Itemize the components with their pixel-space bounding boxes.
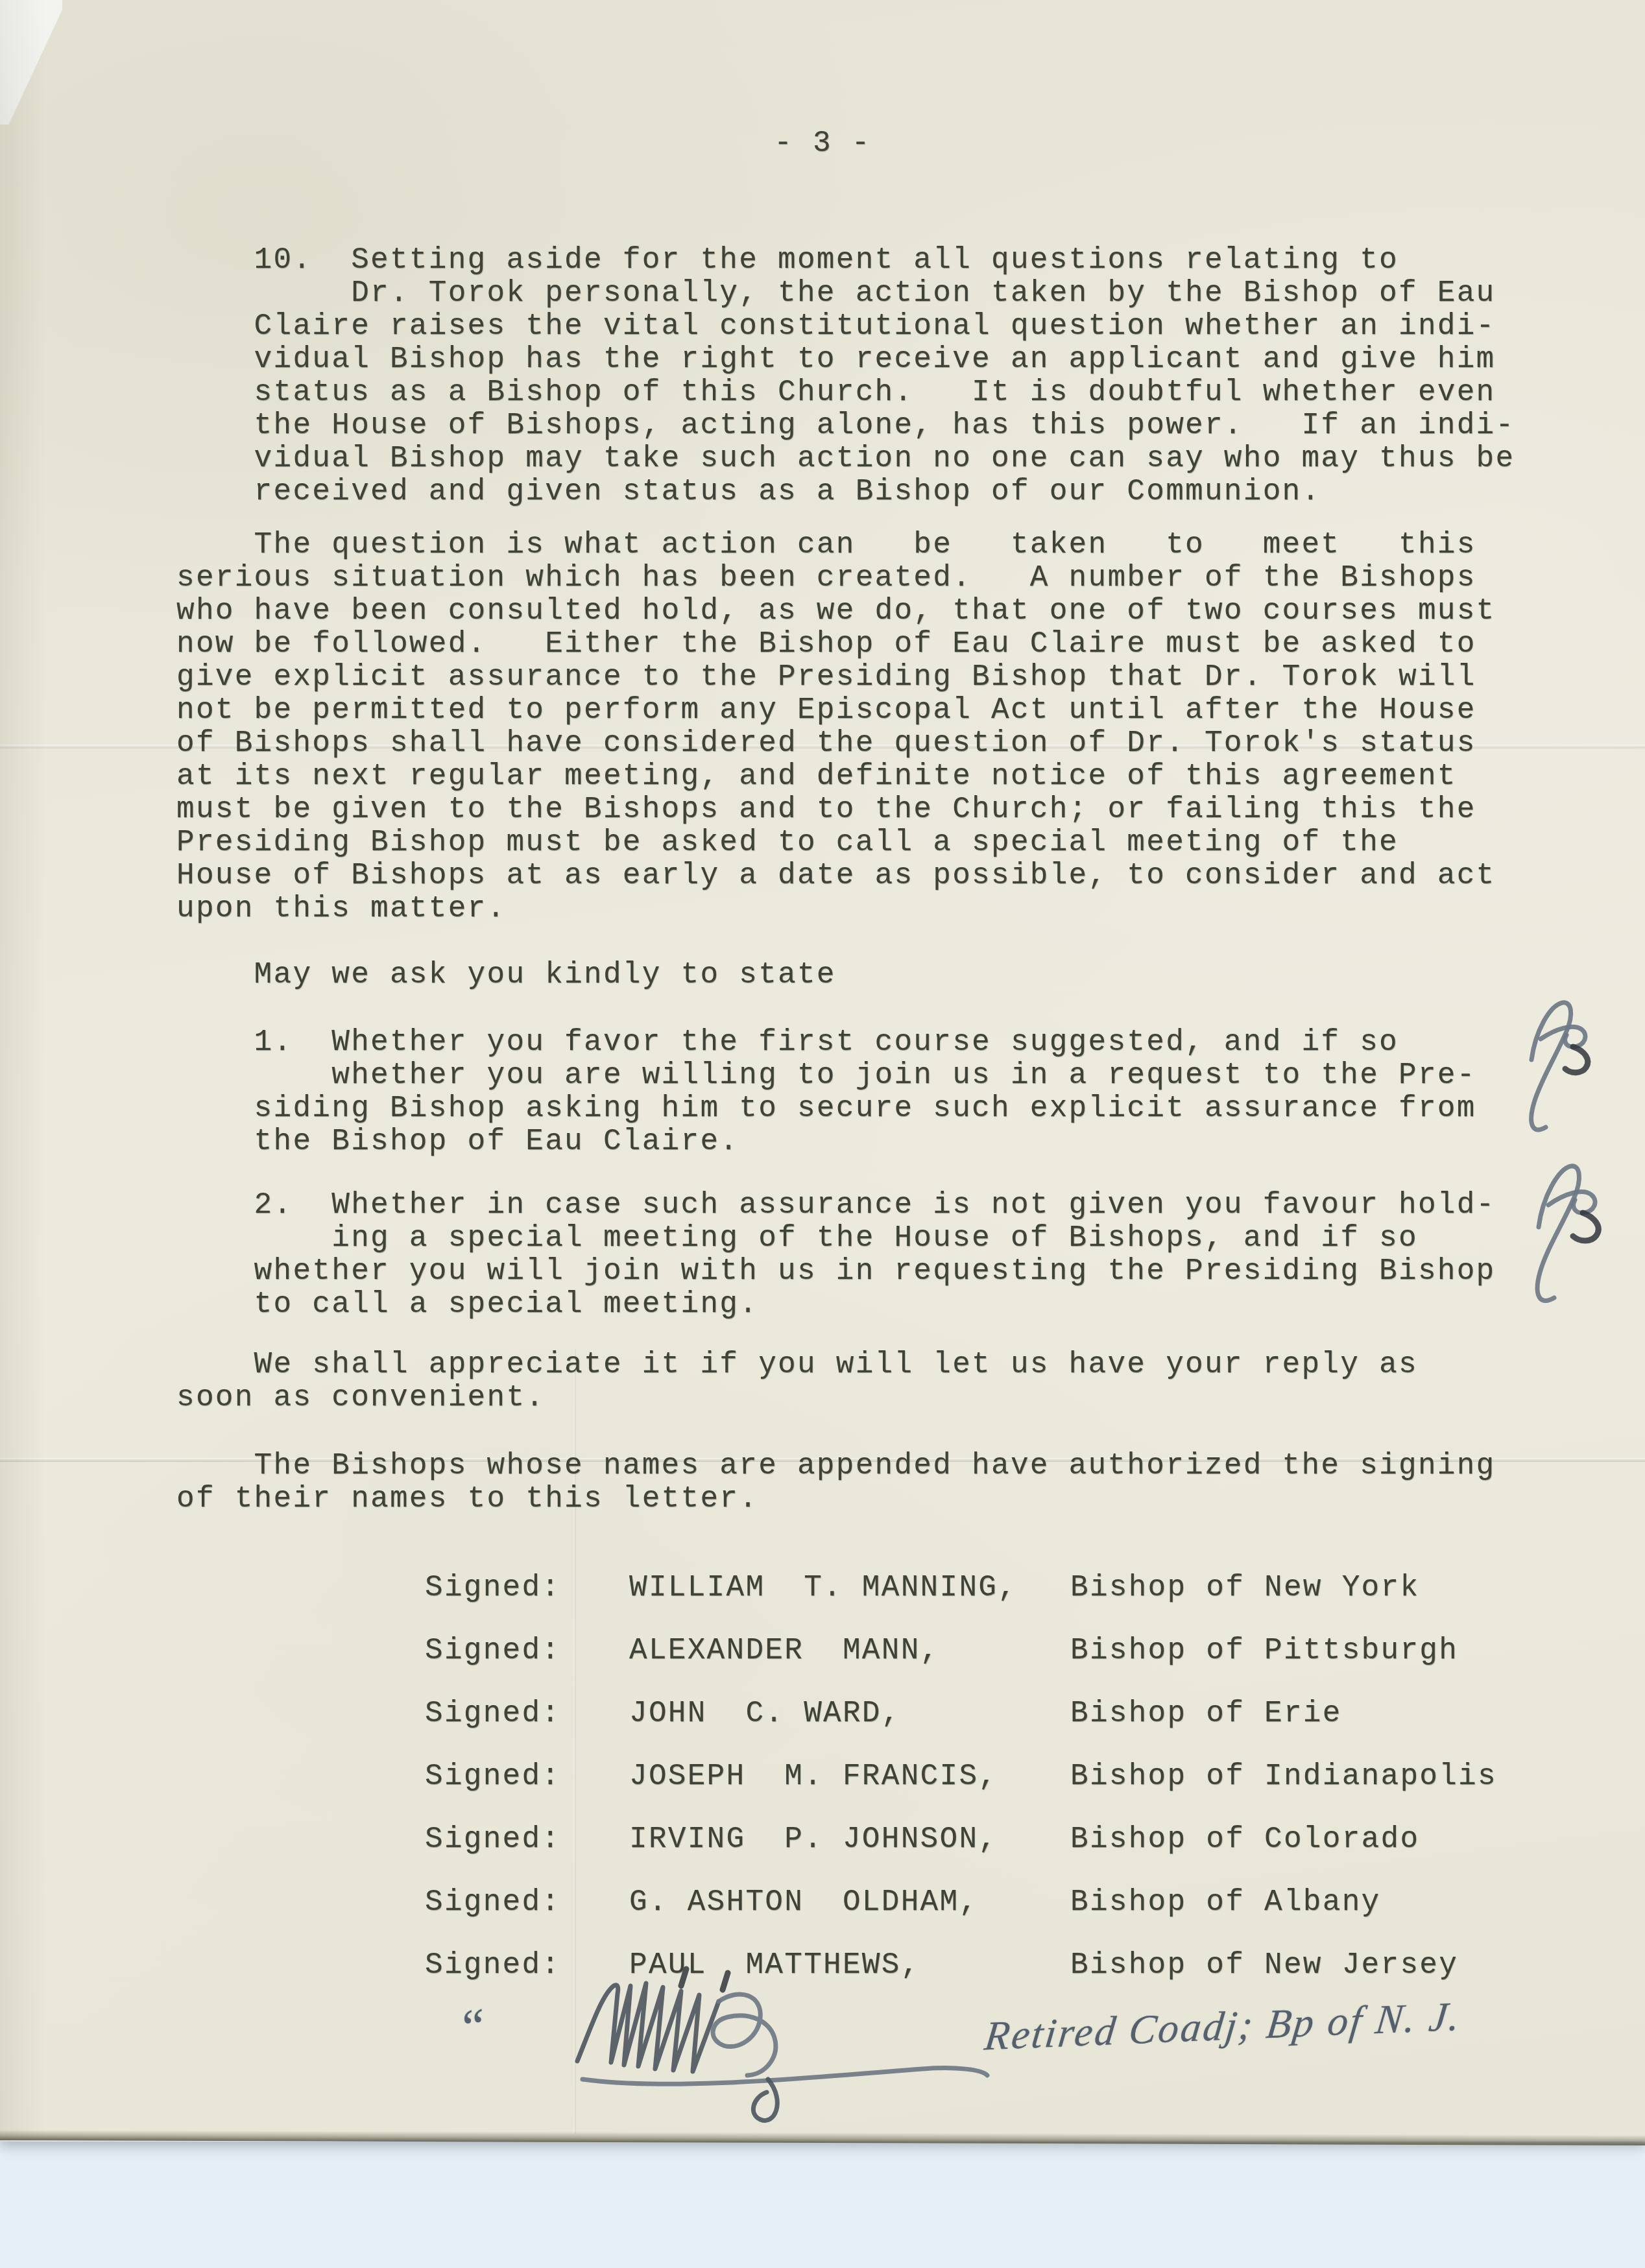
signature-row: Signed: JOHN C. WARD, Bishop of Erie (425, 1697, 462, 1730)
page-number: - 3 - (0, 127, 1645, 160)
paragraph-question: The question is what action can be taken… (176, 529, 1496, 925)
signature-row: Signed: G. ASHTON OLDHAM, Bishop of Alba… (425, 1886, 462, 1919)
scanned-letter-page: - 3 - 10. Setting aside for the moment a… (0, 0, 1645, 2268)
bishop-name: IRVING P. JOHNSON, (629, 1823, 998, 1856)
handwritten-answer-1 (1508, 997, 1609, 1137)
handwritten-retired-note: Retired Coadj; Bp of N. J. (982, 1992, 1464, 2060)
bishop-title: Bishop of New York (1070, 1571, 1419, 1605)
signature-row: Signed: ALEXANDER MANN, Bishop of Pittsb… (425, 1634, 462, 1667)
bishop-title: Bishop of Erie (1070, 1697, 1342, 1730)
bishop-title: Bishop of Albany (1070, 1886, 1380, 1919)
handwritten-signature-scrawl (559, 1964, 1033, 2129)
bishop-title: Bishop of New Jersey (1070, 1949, 1458, 1982)
signature-row: Signed: IRVING P. JOHNSON, Bishop of Col… (425, 1823, 462, 1856)
paragraph-point-10: 10. Setting aside for the moment all que… (176, 244, 1515, 508)
signed-label: Signed: (425, 1697, 560, 1730)
paper-sheet: - 3 - 10. Setting aside for the moment a… (0, 0, 1645, 2142)
paper-bottom-edge (0, 2130, 1645, 2145)
bishop-title: Bishop of Pittsburgh (1070, 1634, 1458, 1667)
signed-label: Signed: (425, 1760, 560, 1793)
signature-row: Signed: PAUL MATTHEWS, Bishop of New Jer… (425, 1949, 462, 1982)
signed-label: Signed: (425, 1571, 560, 1605)
ditto-mark: “ (455, 1996, 489, 2057)
bishop-name: WILLIAM T. MANNING, (629, 1571, 1017, 1605)
paragraph-reply: We shall appreciate it if you will let u… (176, 1348, 1418, 1415)
signature-row: Signed: WILLIAM T. MANNING, Bishop of Ne… (425, 1571, 462, 1605)
signed-label: Signed: (425, 1634, 560, 1667)
bishop-title: Bishop of Indianapolis (1070, 1760, 1497, 1793)
paragraph-authorization: The Bishops whose names are appended hav… (176, 1450, 1496, 1516)
handwritten-answer-2 (1513, 1160, 1620, 1312)
bishop-name: JOSEPH M. FRANCIS, (629, 1760, 998, 1793)
signed-label: Signed: (425, 1949, 560, 1982)
signed-label: Signed: (425, 1886, 560, 1919)
paragraph-item-1: 1. Whether you favor the first course su… (176, 1026, 1476, 1158)
bishop-name: ALEXANDER MANN, (629, 1634, 939, 1667)
paragraph-request: May we ask you kindly to state (176, 959, 836, 992)
bishop-title: Bishop of Colorado (1070, 1823, 1419, 1856)
signed-label: Signed: (425, 1823, 560, 1856)
signature-row: Signed: JOSEPH M. FRANCIS, Bishop of Ind… (425, 1760, 462, 1793)
paragraph-item-2: 2. Whether in case such assurance is not… (176, 1189, 1496, 1321)
scan-corner-wedge (0, 0, 62, 125)
bishop-name: JOHN C. WARD, (629, 1697, 901, 1730)
bishop-name: G. ASHTON OLDHAM, (629, 1886, 978, 1919)
